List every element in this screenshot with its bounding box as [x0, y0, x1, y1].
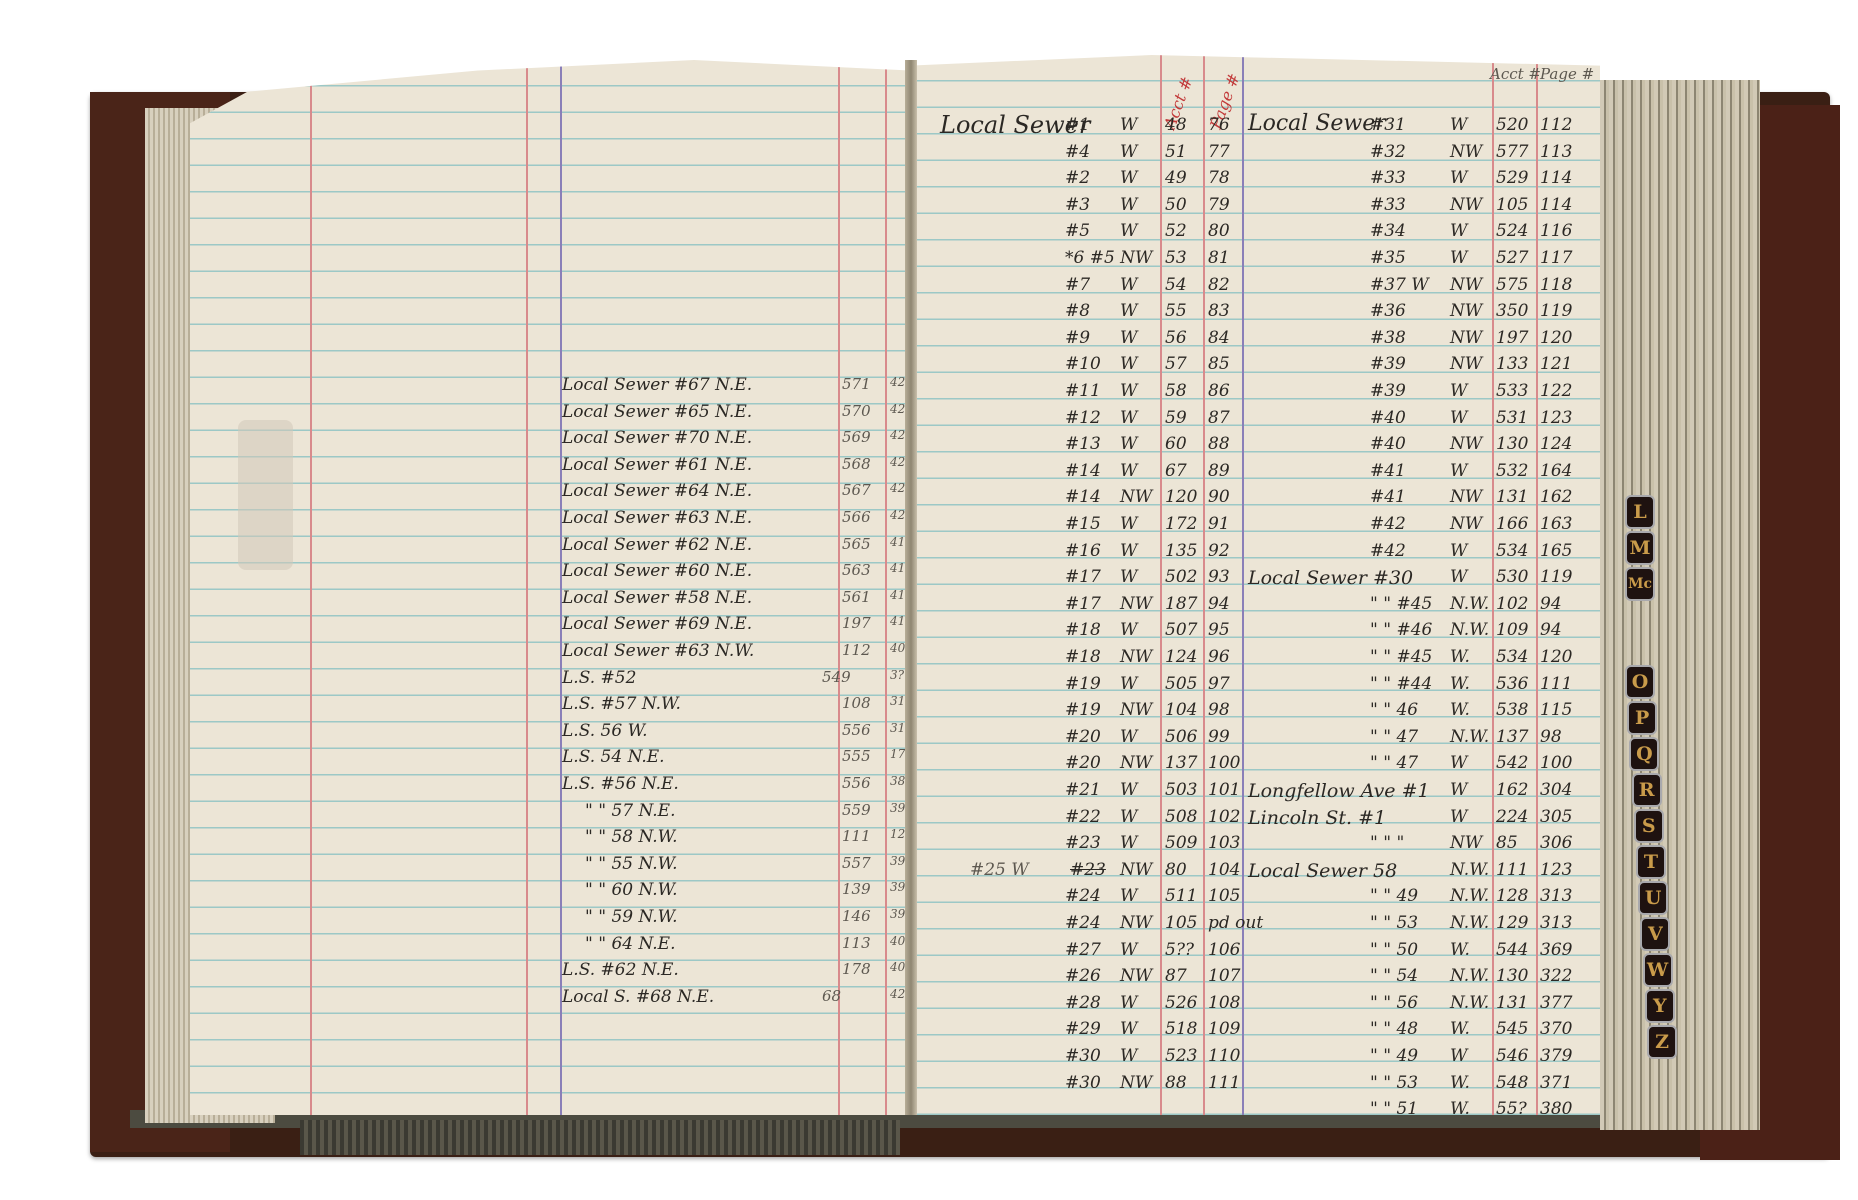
ledger-entry-dir: W	[1120, 727, 1137, 753]
ledger-entry-page: 380	[1540, 1099, 1572, 1115]
ledger-entry-page: 109	[1208, 1019, 1240, 1045]
ledger-entry-number: " " 49	[1370, 886, 1418, 912]
ledger-entry-number: #40	[1370, 408, 1406, 434]
ledger-entry-dir: N.W.	[1450, 620, 1489, 646]
ledger-entry-desc: Local Sewer #58 N.E.	[562, 588, 752, 614]
ledger-entry-acct: 131	[1496, 487, 1528, 513]
ledger-entry-dir: W	[1450, 780, 1467, 806]
ledger-entry-acct: 52	[1165, 221, 1187, 247]
ledger-entry-dir: W.	[1450, 1019, 1470, 1045]
ledger-entry-number: #42	[1370, 541, 1406, 567]
ledger-entry-acct: 224	[1496, 807, 1528, 833]
ledger-entry-dir: N.W.	[1450, 886, 1489, 912]
ledger-entry-acct: 108	[842, 694, 871, 720]
ledger-entry-dir: W	[1450, 461, 1467, 487]
ledger-entry-dir: W	[1450, 753, 1467, 779]
index-tab-z: Z	[1647, 1025, 1677, 1059]
ledger-entry-number: #18	[1065, 647, 1101, 673]
ledger-entry-number: " " 46	[1370, 700, 1418, 726]
ledger-entry-note: #25 W	[970, 860, 1029, 886]
ledger-entry-dir: W.	[1450, 674, 1470, 700]
ledger-entry-dir: W	[1450, 381, 1467, 407]
ledger-entry-number: #5	[1065, 221, 1090, 247]
ledger-entry-number: #36	[1370, 301, 1406, 327]
ledger-entry-acct: 571	[842, 375, 871, 401]
ledger-photo: CDEFGHIJKL LMMcOPQRSTUVWYZ Local Sewer #…	[0, 0, 1858, 1200]
ledger-entry-acct: 187	[1165, 594, 1197, 620]
ledger-entry-dir: W	[1120, 142, 1137, 168]
ledger-entry-dir: W	[1120, 275, 1137, 301]
ledger-entry-page: 124	[1540, 434, 1572, 460]
ledger-entry-number: #41	[1370, 487, 1406, 513]
ledger-entry-page: 105	[1208, 886, 1240, 912]
ledger-entry-acct: 128	[1496, 886, 1528, 912]
ledger-entry-page: 119	[1540, 567, 1572, 593]
ledger-entry-dir: NW	[1450, 833, 1482, 859]
ledger-entry-page: 102	[1208, 807, 1240, 833]
ledger-entry-dir: NW	[1450, 514, 1482, 540]
ledger-entry-page: 117	[1540, 248, 1572, 274]
ledger-entry-number: #16	[1065, 541, 1101, 567]
ledger-entry-acct: 577	[1496, 142, 1528, 168]
column-line	[1203, 55, 1205, 1115]
ledger-entry-page: 94	[1540, 594, 1562, 620]
ledger-entry-acct: 50	[1165, 195, 1187, 221]
ledger-entry-dir: W.	[1450, 647, 1470, 673]
ledger-entry-acct: 536	[1496, 674, 1528, 700]
ledger-entry-page: 99	[1208, 727, 1230, 753]
ledger-entry-number: #17	[1065, 567, 1101, 593]
ledger-entry-desc: Local Sewer #63 N.W.	[562, 641, 754, 667]
ledger-entry-acct: 5??	[1165, 940, 1194, 966]
ledger-entry-desc: " " 55 N.W.	[585, 854, 678, 880]
ledger-entry-dir: W	[1120, 541, 1137, 567]
ledger-entry-page: 370	[1540, 1019, 1572, 1045]
ledger-entry-acct: 102	[1496, 594, 1528, 620]
ledger-entry-dir: NW	[1120, 860, 1152, 886]
ledger-entry-dir: W	[1120, 514, 1137, 540]
ledger-entry-desc: " " 58 N.W.	[585, 827, 678, 853]
ledger-entry-number: Longfellow Ave #1	[1248, 780, 1430, 806]
ledger-entry-dir: NW	[1450, 487, 1482, 513]
ledger-entry-number: #7	[1065, 275, 1090, 301]
ledger-entry-acct: 538	[1496, 700, 1528, 726]
ledger-entry-acct: 509	[1165, 833, 1197, 859]
ledger-entry-number: #24	[1065, 913, 1101, 939]
ledger-entry-acct: 56	[1165, 328, 1187, 354]
ledger-entry-page: 83	[1208, 301, 1230, 327]
ledger-entry-number: #30	[1065, 1046, 1101, 1072]
ledger-entry-page: 107	[1208, 966, 1240, 992]
ledger-entry-number: " " #46	[1370, 620, 1432, 646]
ledger-entry-acct: 135	[1165, 541, 1197, 567]
ledger-entry-dir: W	[1450, 221, 1467, 247]
ledger-entry-acct: 546	[1496, 1046, 1528, 1072]
ledger-entry-number: " " #44	[1370, 674, 1432, 700]
ledger-entry-dir: W	[1120, 328, 1137, 354]
ledger-entry-dir: W	[1120, 115, 1137, 141]
ledger-entry-dir: NW	[1450, 434, 1482, 460]
ledger-entry-page: 120	[1540, 647, 1572, 673]
ledger-entry-page: 86	[1208, 381, 1230, 407]
ledger-entry-number: #18	[1065, 620, 1101, 646]
ledger-entry-page: 79	[1208, 195, 1230, 221]
ledger-entry-page: 91	[1208, 514, 1230, 540]
ledger-entry-acct: 556	[842, 721, 871, 747]
ledger-entry-page: 305	[1540, 807, 1572, 833]
ledger-entry-number: " " #45	[1370, 647, 1432, 673]
ledger-entry-dir: W	[1120, 461, 1137, 487]
ledger-entry-number: #26	[1065, 966, 1101, 992]
ledger-entry-acct: 48	[1165, 115, 1187, 141]
ledger-entry-acct: 130	[1496, 434, 1528, 460]
spine-ridges	[300, 1120, 900, 1155]
ledger-entry-page: 121	[1540, 354, 1572, 380]
ledger-entry-page: 97	[1208, 674, 1230, 700]
ledger-entry-acct: 67	[1165, 461, 1187, 487]
ledger-entry-number: " " 51	[1370, 1099, 1418, 1115]
ledger-entry-dir: NW	[1450, 301, 1482, 327]
ledger-entry-acct: 534	[1496, 647, 1528, 673]
ledger-entry-page: 322	[1540, 966, 1572, 992]
ledger-entry-page: 103	[1208, 833, 1240, 859]
ledger-entry-acct: 55?	[1496, 1099, 1527, 1115]
ledger-entry-number: #15	[1065, 514, 1101, 540]
ledger-entry-acct: 57	[1165, 354, 1187, 380]
col2-page-header: Page #	[1540, 65, 1594, 83]
ledger-entry-page: 100	[1208, 753, 1240, 779]
ledger-entry-acct: 559	[842, 801, 871, 827]
index-tab-v: V	[1640, 917, 1670, 951]
ledger-entry-acct: 137	[1165, 753, 1197, 779]
ledger-entry-acct: 506	[1165, 727, 1197, 753]
index-tab-l: L	[1625, 495, 1655, 529]
ledger-entry-desc: Local Sewer #65 N.E.	[562, 402, 752, 428]
ledger-entry-page: 77	[1208, 142, 1230, 168]
ledger-entry-dir: W	[1120, 807, 1137, 833]
ledger-entry-dir: W	[1120, 674, 1137, 700]
ledger-entry-page: 118	[1540, 275, 1572, 301]
tape-mend	[238, 420, 293, 570]
ledger-entry-number: " " 47	[1370, 727, 1418, 753]
ledger-entry-acct: 523	[1165, 1046, 1197, 1072]
ledger-entry-desc: L.S. #56 N.E.	[562, 774, 679, 800]
ledger-entry-dir: W	[1120, 408, 1137, 434]
ledger-entry-dir: W	[1450, 168, 1467, 194]
ledger-entry-number: #23	[1065, 833, 1101, 859]
ledger-entry-page: 76	[1208, 115, 1230, 141]
ledger-entry-dir: NW	[1120, 594, 1152, 620]
ledger-entry-page: 85	[1208, 354, 1230, 380]
ledger-entry-dir: N.W.	[1450, 860, 1489, 886]
ledger-entry-dir: W	[1450, 115, 1467, 141]
ledger-entry-number: #40	[1370, 434, 1406, 460]
ledger-entry-dir: W	[1450, 408, 1467, 434]
column-line	[1160, 55, 1162, 1115]
ledger-entry-acct: 129	[1496, 913, 1528, 939]
ledger-entry-dir: NW	[1120, 753, 1152, 779]
ledger-entry-page: 110	[1208, 1046, 1240, 1072]
ledger-entry-dir: W.	[1450, 940, 1470, 966]
ledger-entry-dir: NW	[1120, 913, 1152, 939]
ledger-entry-dir: N.W.	[1450, 993, 1489, 1019]
ledger-entry-number: #11	[1065, 381, 1101, 407]
ledger-entry-number: #39	[1370, 381, 1406, 407]
ledger-entry-acct: 508	[1165, 807, 1197, 833]
ledger-entry-number: #19	[1065, 674, 1101, 700]
column-line	[885, 60, 887, 1115]
ledger-entry-page: 98	[1540, 727, 1562, 753]
ledger-entry-page: 371	[1540, 1073, 1572, 1099]
ledger-entry-page: 104	[1208, 860, 1240, 886]
index-tab-w: W	[1643, 953, 1673, 987]
ledger-entry-dir: NW	[1120, 966, 1152, 992]
ledger-entry-acct: 531	[1496, 408, 1528, 434]
col2-acct-header: Acct #	[1490, 65, 1541, 83]
ledger-entry-acct: 567	[842, 481, 871, 507]
ledger-entry-number: #10	[1065, 354, 1101, 380]
ledger-entry-acct: 105	[1496, 195, 1528, 221]
ledger-entry-acct: 520	[1496, 115, 1528, 141]
book-gutter	[905, 60, 917, 1115]
ledger-entry-page: 116	[1540, 221, 1572, 247]
ledger-entry-desc: L.S. #62 N.E.	[562, 960, 679, 986]
ledger-entry-desc: " " 60 N.W.	[585, 880, 678, 906]
ledger-entry-page: pd out	[1208, 913, 1263, 939]
ledger-entry-number: #14	[1065, 461, 1101, 487]
ledger-entry-dir: N.W.	[1450, 727, 1489, 753]
ledger-entry-number: #12	[1065, 408, 1101, 434]
ledger-entry-dir: NW	[1120, 700, 1152, 726]
ledger-entry-number: #32	[1370, 142, 1406, 168]
ledger-entry-desc: " " 59 N.W.	[585, 907, 678, 933]
ledger-entry-acct: 54	[1165, 275, 1187, 301]
ledger-entry-acct: 548	[1496, 1073, 1528, 1099]
col2-title: Local Sewer	[1248, 111, 1386, 136]
ledger-entry-desc: Local Sewer #60 N.E.	[562, 561, 752, 587]
ledger-entry-dir: W.	[1450, 1073, 1470, 1099]
ledger-entry-acct: 527	[1496, 248, 1528, 274]
ledger-entry-dir: N.W.	[1450, 966, 1489, 992]
ledger-entry-acct: 111	[842, 827, 871, 853]
ledger-entry-number: #42	[1370, 514, 1406, 540]
ledger-entry-dir: NW	[1120, 647, 1152, 673]
ledger-entry-acct: 545	[1496, 1019, 1528, 1045]
ledger-entry-desc: Local S. #68 N.E.	[562, 987, 714, 1013]
ledger-entry-dir: W.	[1450, 1099, 1470, 1115]
ledger-entry-page: 94	[1540, 620, 1562, 646]
ledger-entry-number: " " 56	[1370, 993, 1418, 1019]
ledger-entry-page: 78	[1208, 168, 1230, 194]
ledger-entry-desc: L.S. #57 N.W.	[562, 694, 681, 720]
ledger-entry-page: 112	[1540, 115, 1572, 141]
ledger-entry-acct: 568	[842, 455, 871, 481]
ledger-entry-number: #38	[1370, 328, 1406, 354]
ledger-entry-page: 165	[1540, 541, 1572, 567]
ledger-entry-acct: 113	[842, 934, 871, 960]
ledger-entry-acct: 60	[1165, 434, 1187, 460]
ledger-entry-number: " " 49	[1370, 1046, 1418, 1072]
index-tab-r: R	[1632, 773, 1662, 807]
ledger-entry-number: #14	[1065, 487, 1101, 513]
index-tab-p: P	[1627, 701, 1657, 735]
ledger-entry-acct: 566	[842, 508, 871, 534]
ledger-entry-page: 369	[1540, 940, 1572, 966]
ledger-entry-acct: 124	[1165, 647, 1197, 673]
ledger-entry-number: #20	[1065, 727, 1101, 753]
ledger-entry-number: #4	[1065, 142, 1090, 168]
ledger-entry-page: 163	[1540, 514, 1572, 540]
ledger-entry-acct: 544	[1496, 940, 1528, 966]
ledger-entry-number: " " 53	[1370, 1073, 1418, 1099]
ledger-entry-desc: Local Sewer #67 N.E.	[562, 375, 752, 401]
ledger-entry-acct: 549	[822, 668, 851, 694]
index-tab-u: U	[1638, 881, 1668, 915]
ledger-entry-acct: 502	[1165, 567, 1197, 593]
ledger-entry-number: #23	[1070, 860, 1106, 886]
ledger-entry-desc: " " 57 N.E.	[585, 801, 676, 827]
ledger-entry-page: 101	[1208, 780, 1240, 806]
ledger-entry-acct: 111	[1496, 860, 1528, 886]
ledger-entry-dir: W	[1450, 567, 1467, 593]
ledger-entry-page: 313	[1540, 913, 1572, 939]
ledger-entry-page: 89	[1208, 461, 1230, 487]
ledger-entry-acct: 350	[1496, 301, 1528, 327]
ledger-entry-acct: 178	[842, 960, 871, 986]
ledger-entry-number: " " "	[1370, 833, 1404, 859]
ledger-entry-desc: Local Sewer #61 N.E.	[562, 455, 752, 481]
ledger-entry-page: 122	[1540, 381, 1572, 407]
ledger-entry-number: Local Sewer #30	[1248, 567, 1413, 593]
ledger-entry-acct: 503	[1165, 780, 1197, 806]
ledger-entry-number: #29	[1065, 1019, 1101, 1045]
ledger-entry-dir: NW	[1120, 1073, 1152, 1099]
ledger-entry-dir: NW	[1450, 275, 1482, 301]
ledger-entry-acct: 131	[1496, 993, 1528, 1019]
ledger-entry-acct: 146	[842, 907, 871, 933]
ledger-entry-acct: 137	[1496, 727, 1528, 753]
margin-line	[310, 60, 312, 1115]
ledger-entry-acct: 575	[1496, 275, 1528, 301]
ledger-entry-acct: 570	[842, 402, 871, 428]
ledger-entry-number: #22	[1065, 807, 1101, 833]
ledger-entry-desc: L.S. #52	[562, 668, 636, 694]
ledger-entry-page: 92	[1208, 541, 1230, 567]
ledger-entry-dir: N.W.	[1450, 913, 1489, 939]
ledger-entry-page: 96	[1208, 647, 1230, 673]
ledger-entry-acct: 565	[842, 535, 871, 561]
ledger-entry-page: 306	[1540, 833, 1572, 859]
ledger-entry-number: #2	[1065, 168, 1090, 194]
ledger-entry-acct: 197	[1496, 328, 1528, 354]
ledger-entry-number: #39	[1370, 354, 1406, 380]
ledger-entry-number: #13	[1065, 434, 1101, 460]
ledger-entry-desc: Local Sewer #62 N.E.	[562, 535, 752, 561]
ledger-entry-dir: W	[1120, 833, 1137, 859]
ledger-entry-dir: W	[1120, 1019, 1137, 1045]
ledger-entry-acct: 58	[1165, 381, 1187, 407]
ledger-entry-acct: 518	[1165, 1019, 1197, 1045]
ledger-entry-page: 80	[1208, 221, 1230, 247]
ledger-entry-number: #33	[1370, 195, 1406, 221]
left-page: Local Sewer #67 N.E.571425Local Sewer #6…	[190, 60, 910, 1115]
index-tab-mc: Mc	[1625, 567, 1655, 601]
ledger-entry-number: #30	[1065, 1073, 1101, 1099]
ledger-entry-page: 82	[1208, 275, 1230, 301]
ledger-entry-number: #3	[1065, 195, 1090, 221]
ledger-entry-acct: 197	[842, 614, 871, 640]
ledger-entry-desc: L.S. 56 W.	[562, 721, 647, 747]
ledger-entry-page: 304	[1540, 780, 1572, 806]
ledger-entry-number: #41	[1370, 461, 1406, 487]
ledger-entry-acct: 88	[1165, 1073, 1187, 1099]
ledger-entry-dir: W	[1120, 301, 1137, 327]
ledger-entry-number: #21	[1065, 780, 1101, 806]
ledger-entry-number: #19	[1065, 700, 1101, 726]
ledger-entry-page: 111	[1540, 674, 1572, 700]
ledger-entry-acct: 68	[822, 987, 841, 1013]
ledger-entry-page: 123	[1540, 408, 1572, 434]
ledger-entry-acct: 563	[842, 561, 871, 587]
ledger-entry-dir: W	[1450, 1046, 1467, 1072]
ledger-entry-acct: 556	[842, 774, 871, 800]
ledger-entry-page: 94	[1208, 594, 1230, 620]
ledger-entry-acct: 51	[1165, 142, 1187, 168]
ledger-entry-number: #1	[1065, 115, 1090, 141]
ledger-entry-number: #27	[1065, 940, 1101, 966]
ledger-entry-acct: 133	[1496, 354, 1528, 380]
ledger-entry-acct: 526	[1165, 993, 1197, 1019]
ledger-entry-number: #24	[1065, 886, 1101, 912]
ledger-entry-acct: 507	[1165, 620, 1197, 646]
ledger-entry-dir: NW	[1450, 142, 1482, 168]
ledger-entry-dir: N.W.	[1450, 594, 1489, 620]
ledger-entry-desc: Local Sewer #63 N.E.	[562, 508, 752, 534]
ledger-entry-number: " " 54	[1370, 966, 1418, 992]
ledger-entry-number: #8	[1065, 301, 1090, 327]
ledger-entry-page: 113	[1540, 142, 1572, 168]
index-tab-o: O	[1625, 665, 1655, 699]
ledger-entry-dir: W	[1450, 248, 1467, 274]
ledger-entry-page: 98	[1208, 700, 1230, 726]
ledger-entry-page: 123	[1540, 860, 1572, 886]
ledger-entry-number: " " #45	[1370, 594, 1432, 620]
ledger-entry-page: 84	[1208, 328, 1230, 354]
ledger-entry-page: 111	[1208, 1073, 1240, 1099]
ledger-entry-dir: W	[1120, 221, 1137, 247]
ledger-entry-acct: 534	[1496, 541, 1528, 567]
index-tab-m: M	[1625, 531, 1655, 565]
ledger-entry-dir: W	[1450, 807, 1467, 833]
ledger-entry-dir: W	[1120, 886, 1137, 912]
ledger-entry-page: 81	[1208, 248, 1230, 274]
ledger-entry-acct: 139	[842, 880, 871, 906]
ledger-entry-page: 90	[1208, 487, 1230, 513]
ledger-entry-dir: W	[1120, 381, 1137, 407]
ledger-entry-dir: NW	[1450, 354, 1482, 380]
ledger-entry-page: 114	[1540, 168, 1572, 194]
ledger-entry-number: #28	[1065, 993, 1101, 1019]
ledger-entry-acct: 104	[1165, 700, 1197, 726]
ledger-entry-number: #20	[1065, 753, 1101, 779]
ledger-entry-dir: W	[1120, 940, 1137, 966]
ledger-entry-dir: W	[1120, 354, 1137, 380]
ledger-entry-acct: 112	[842, 641, 871, 667]
ledger-entry-acct: 87	[1165, 966, 1187, 992]
ledger-entry-acct: 511	[1165, 886, 1197, 912]
ledger-entry-dir: W.	[1450, 700, 1470, 726]
ledger-entry-number: #31	[1370, 115, 1406, 141]
